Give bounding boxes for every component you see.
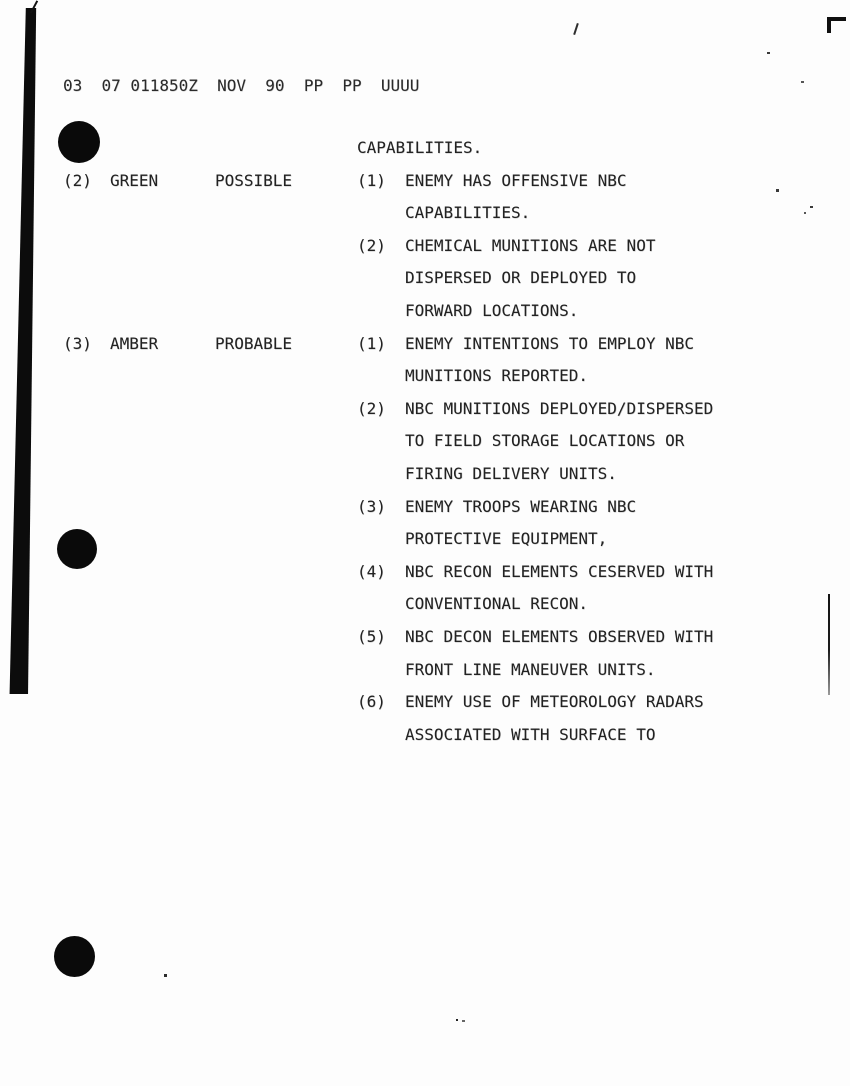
indicator-text: FIRING DELIVERY UNITS.: [405, 466, 617, 482]
scan-speck: [767, 52, 770, 54]
indicator-text: NBC DECON ELEMENTS OBSERVED WITH: [405, 629, 713, 645]
indicator-number: (4): [357, 564, 386, 580]
indicator-text: CONVENTIONAL RECON.: [405, 596, 588, 612]
indicator-text: FRONT LINE MANEUVER UNITS.: [405, 662, 655, 678]
stray-slash-mark: [573, 23, 579, 35]
indicator-text: ENEMY HAS OFFENSIVE NBC: [405, 173, 627, 189]
indicator-number: (2): [357, 401, 386, 417]
scan-speck: [810, 206, 813, 208]
indicator-text: NBC MUNITIONS DEPLOYED/DISPERSED: [405, 401, 713, 417]
indicator-text: CHEMICAL MUNITIONS ARE NOT: [405, 238, 655, 254]
hole-punch-mark-1: [58, 121, 100, 163]
continuation-text: CAPABILITIES.: [357, 140, 482, 156]
indicator-text: CAPABILITIES.: [405, 205, 530, 221]
hole-punch-mark-2: [57, 529, 97, 569]
condition-likelihood: POSSIBLE: [215, 173, 292, 189]
binder-edge-bar: [9, 8, 37, 694]
condition-number: (3): [63, 336, 92, 352]
condition-color: GREEN: [110, 173, 158, 189]
condition-color: AMBER: [110, 336, 158, 352]
indicator-number: (1): [357, 173, 386, 189]
right-edge-scan-line: [828, 594, 830, 695]
page-corner-bracket: [827, 17, 846, 33]
indicator-number: (5): [357, 629, 386, 645]
indicator-text: PROTECTIVE EQUIPMENT,: [405, 531, 607, 547]
scanned-document-page: 03 07 011850Z NOV 90 PP PP UUUU CAPABILI…: [0, 0, 850, 1086]
scan-speck: [804, 212, 806, 214]
scan-speck: [164, 974, 167, 977]
indicator-text: ENEMY INTENTIONS TO EMPLOY NBC: [405, 336, 694, 352]
indicator-text: DISPERSED OR DEPLOYED TO: [405, 270, 636, 286]
indicator-number: (2): [357, 238, 386, 254]
scan-speck: [456, 1019, 458, 1021]
indicator-text: ASSOCIATED WITH SURFACE TO: [405, 727, 655, 743]
indicator-number: (6): [357, 694, 386, 710]
condition-likelihood: PROBABLE: [215, 336, 292, 352]
indicator-number: (3): [357, 499, 386, 515]
hole-punch-mark-3: [54, 936, 95, 977]
indicator-number: (1): [357, 336, 386, 352]
indicator-text: FORWARD LOCATIONS.: [405, 303, 578, 319]
indicator-text: MUNITIONS REPORTED.: [405, 368, 588, 384]
scan-speck: [776, 189, 779, 192]
indicator-text: TO FIELD STORAGE LOCATIONS OR: [405, 433, 684, 449]
condition-number: (2): [63, 173, 92, 189]
scan-speck: [801, 81, 804, 83]
message-header-line: 03 07 011850Z NOV 90 PP PP UUUU: [63, 78, 419, 94]
scan-speck: [462, 1020, 465, 1022]
indicator-text: ENEMY TROOPS WEARING NBC: [405, 499, 636, 515]
indicator-text: NBC RECON ELEMENTS CESERVED WITH: [405, 564, 713, 580]
indicator-text: ENEMY USE OF METEOROLOGY RADARS: [405, 694, 704, 710]
